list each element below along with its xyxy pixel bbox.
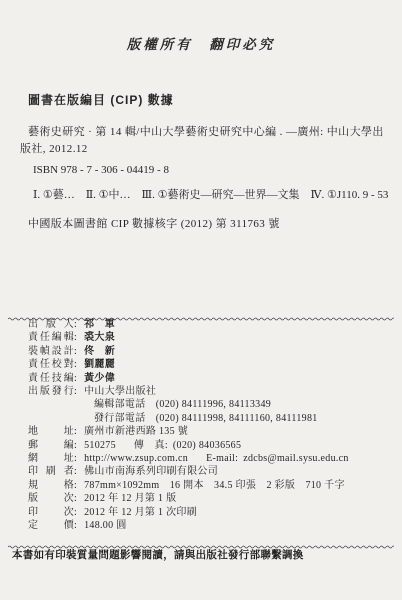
book-copyright-page: 版權所有 翻印必究 圖書在版編目 (CIP) 數據 藝術史研究 · 第 14 輯…: [0, 0, 402, 600]
colophon-label: 責任技編: [28, 372, 74, 385]
colophon-label-wrap: 印刷者:: [28, 466, 84, 477]
colophon-row: 定價:148.00 圓: [28, 519, 402, 532]
colophon-row: 網址:http://www.zsup.com.cnE-mail:zdcbs@ma…: [28, 452, 402, 465]
isbn-line: ISBN 978 - 7 - 306 - 04419 - 8: [20, 163, 390, 178]
colophon-label: 責任編輯: [28, 331, 74, 344]
colophon-row: 責任校對:劉麗麗: [28, 358, 402, 371]
colon: :: [74, 373, 77, 384]
colophon-row: 編輯部電話 (020) 84111996, 84113349: [28, 398, 402, 411]
colophon-label-wrap: 定價:: [28, 520, 84, 531]
colophon-value: 中山大學出版社: [84, 386, 156, 397]
colophon-value: 2012 年 12 月第 1 次印刷: [84, 507, 197, 518]
colophon-label: 印刷者: [28, 465, 74, 478]
colophon-second-pair: E-mail:zdcbs@mail.sysu.edu.cn: [206, 453, 349, 464]
colophon-label-wrap: 出版人:: [28, 319, 84, 330]
colophon-row: 地址:廣州市新港西路 135 號: [28, 425, 402, 438]
colophon-label: 印次: [28, 506, 74, 519]
colon: :: [74, 440, 77, 451]
colophon-value: 787mm×1092mm 16 開本 34.5 印張 2 彩版 710 千字: [84, 480, 345, 491]
colophon-label: 裝幀設計: [28, 345, 74, 358]
colophon-label: 郵編: [28, 439, 74, 452]
colophon-label-wrap: 出版發行:: [28, 386, 84, 397]
colophon-value: 編輯部電話 (020) 84111996, 84113349: [94, 399, 271, 410]
colophon-value: 510275: [84, 440, 116, 451]
colophon-label2: E-mail: [206, 453, 235, 464]
copyright-notice: 版權所有 翻印必究: [0, 0, 402, 53]
colophon-row: 責任技編:黃少偉: [28, 372, 402, 385]
wavy-divider-bottom: [8, 536, 394, 541]
colophon-label: 網址: [28, 452, 74, 465]
colophon-label-wrap: 責任校對:: [28, 359, 84, 370]
cip-section: 圖書在版編目 (CIP) 數據 藝術史研究 · 第 14 輯/中山大學藝術史研究…: [0, 91, 402, 232]
colophon-value: 148.00 圓: [84, 520, 126, 531]
colon: :: [235, 453, 238, 464]
colon: :: [74, 466, 77, 477]
colophon-label: 出版發行: [28, 385, 74, 398]
colon: :: [74, 493, 77, 504]
colophon-value2: (020) 84036565: [173, 440, 241, 451]
colon: :: [74, 480, 77, 491]
colophon-label-wrap: 印次:: [28, 507, 84, 518]
colon: :: [74, 319, 77, 330]
colophon-label: 地址: [28, 425, 74, 438]
colophon-value: http://www.zsup.com.cn: [84, 453, 188, 464]
colophon-label-wrap: 地址:: [28, 426, 84, 437]
colophon-value: 發行部電話 (020) 84111998, 84111160, 84111981: [94, 413, 318, 424]
colon: :: [74, 386, 77, 397]
colophon-row: 責任編輯:裘大泉: [28, 331, 402, 344]
colophon-label-wrap: 責任技編:: [28, 373, 84, 384]
colophon-row: 裝幀設計:佟 新: [28, 345, 402, 358]
quality-notice: 本書如有印裝質量問題影響閱讀，請與出版社發行部聯繫調換: [0, 547, 402, 562]
cip-record-number: 中國版本圖書館 CIP 數據核字 (2012) 第 311763 號: [20, 217, 390, 232]
colon: :: [74, 507, 77, 518]
colophon-value2: zdcbs@mail.sysu.edu.cn: [243, 453, 349, 464]
colophon-value: 祁 軍: [84, 319, 115, 330]
colophon-value: 廣州市新港西路 135 號: [84, 426, 188, 437]
colophon-row: 印次:2012 年 12 月第 1 次印刷: [28, 506, 402, 519]
colophon-label-wrap: 裝幀設計:: [28, 346, 84, 357]
colon: :: [74, 346, 77, 357]
colophon-row: 規格:787mm×1092mm 16 開本 34.5 印張 2 彩版 710 千…: [28, 479, 402, 492]
colon: :: [74, 520, 77, 531]
colophon-label-wrap: 責任編輯:: [28, 332, 84, 343]
colon: :: [74, 359, 77, 370]
colophon-value: 劉麗麗: [84, 359, 115, 370]
colophon-label: 版次: [28, 492, 74, 505]
colophon-second-pair: 傳 真:(020) 84036565: [134, 440, 241, 451]
colon: :: [165, 440, 168, 451]
colophon-label: 責任校對: [28, 358, 74, 371]
colophon: 出版人:祁 軍 責任編輯:裘大泉 裝幀設計:佟 新 責任校對:劉麗麗 責任技編:…: [0, 318, 402, 533]
colophon-label2: 傳 真: [134, 440, 165, 451]
colophon-label-wrap: 網址:: [28, 453, 84, 464]
cip-classification: Ⅰ. ①藝… Ⅱ. ①中… Ⅲ. ①藝術史—研究—世界—文集 Ⅳ. ①J110.…: [20, 188, 390, 203]
colophon-label: 規格: [28, 479, 74, 492]
colophon-value: 裘大泉: [84, 332, 115, 343]
colophon-value: 黃少偉: [84, 373, 115, 384]
colophon-row: 印刷者:佛山市南海系列印刷有限公司: [28, 465, 402, 478]
colon: :: [74, 426, 77, 437]
wavy-divider-top: [8, 308, 394, 313]
colophon-value: 2012 年 12 月第 1 版: [84, 493, 176, 504]
colon: :: [74, 332, 77, 343]
colophon-value: 佛山市南海系列印刷有限公司: [84, 466, 218, 477]
colophon-row: 郵編:510275傳 真:(020) 84036565: [28, 439, 402, 452]
cip-catalog-entry: 藝術史研究 · 第 14 輯/中山大學藝術史研究中心編 . —廣州: 中山大學出…: [20, 124, 390, 157]
colophon-label: 定價: [28, 519, 74, 532]
colon: :: [74, 453, 77, 464]
colophon-label-wrap: 版次:: [28, 493, 84, 504]
colophon-row: 版次:2012 年 12 月第 1 版: [28, 492, 402, 505]
colophon-label-wrap: 規格:: [28, 480, 84, 491]
colophon-row: 出版發行:中山大學出版社: [28, 385, 402, 398]
colophon-row: 發行部電話 (020) 84111998, 84111160, 84111981: [28, 412, 402, 425]
colophon-label-wrap: 郵編:: [28, 440, 84, 451]
cip-heading: 圖書在版編目 (CIP) 數據: [28, 91, 390, 108]
colophon-value: 佟 新: [84, 346, 115, 357]
colophon-label: 出版人: [28, 318, 74, 331]
